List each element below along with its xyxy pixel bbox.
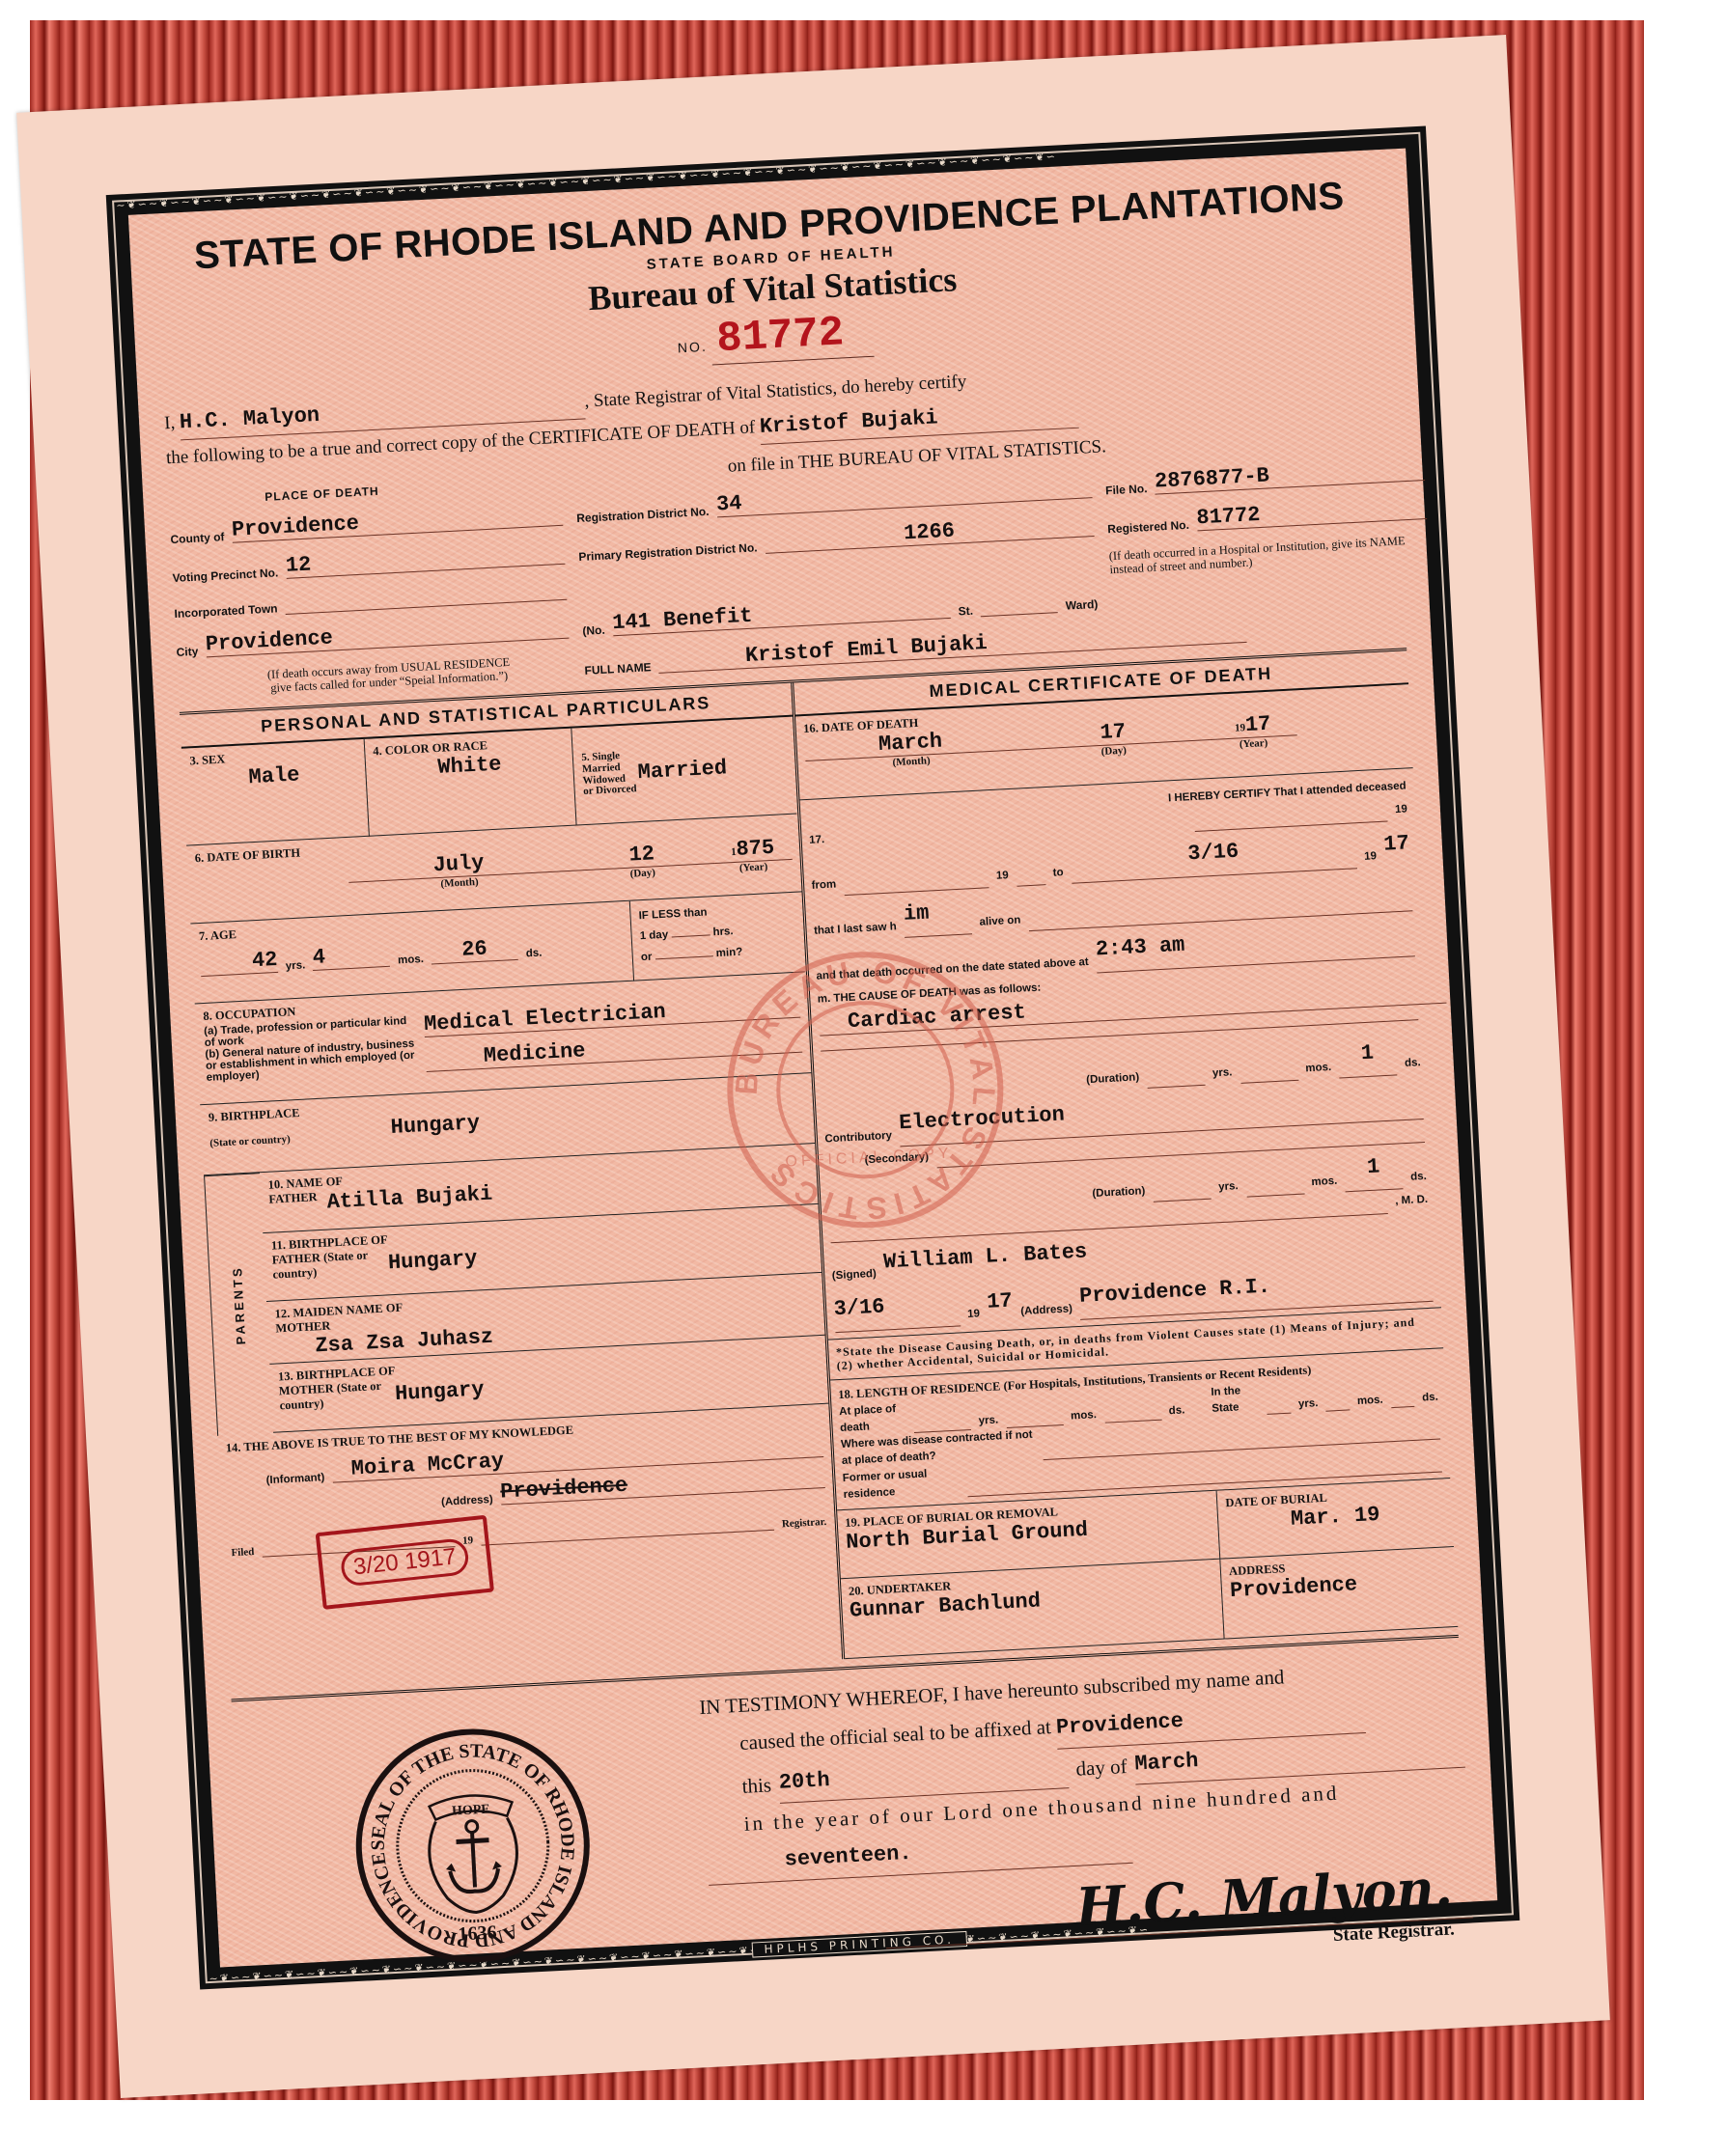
father-birthplace-field: Hungary — [387, 1229, 812, 1275]
svg-text:1636: 1636 — [458, 1922, 497, 1946]
hospital-note: (If death occurred in a Hospital or Inst… — [1108, 533, 1431, 610]
age-years-field: 42 — [200, 947, 278, 976]
personal-particulars-section: PERSONAL AND STATISTICAL PARTICULARS 3. … — [180, 682, 845, 1691]
filed-stamp: 3/20 1917 — [316, 1514, 494, 1609]
ornamental-border: ∼❦∽∼❦∽∼❦∽∼❦∽∼❦∽∼❦∽∼❦∽∼❦∽∼❦∽∼❦∽∼❦∽∼❦∽∼❦∽∼… — [106, 125, 1520, 1989]
testimony-text: IN TESTIMONY WHEREOF, I have hereunto su… — [698, 1649, 1469, 1886]
voting-precinct-field: 12 — [285, 539, 566, 579]
mother-birthplace-field: Hungary — [395, 1360, 820, 1406]
age-months-field: 4 — [312, 941, 390, 970]
duration-days-field: 1 — [1337, 1030, 1397, 1078]
filed-date: 3/20 1917 — [339, 1537, 470, 1588]
birthplace-field: Hungary — [390, 1111, 481, 1140]
place-of-death-label: PLACE OF DEATH — [265, 482, 379, 506]
dod-year-field: 17 — [1244, 711, 1271, 736]
father-name-field: Atilla Bujaki — [326, 1165, 809, 1214]
certificate-number: 81772 — [710, 308, 874, 366]
age-days-field: 26 — [431, 934, 518, 964]
city-field: Providence — [205, 613, 570, 657]
medical-certificate-section: MEDICAL CERTIFICATE OF DEATH 16. DATE OF… — [794, 650, 1459, 1659]
certificate-paper: ∼❦∽∼❦∽∼❦∽∼❦∽∼❦∽∼❦∽∼❦∽∼❦∽∼❦∽∼❦∽∼❦∽∼❦∽∼❦∽∼… — [16, 35, 1610, 2098]
incorporated-town-field — [285, 577, 568, 614]
residence-note: (If death occurs away from USUAL RESIDEN… — [178, 651, 571, 700]
signed-date-field: 3/16 — [833, 1281, 961, 1333]
county-field: Providence — [231, 501, 563, 543]
state-seal: SEAL OF THE STATE OF RHODE ISLAND AND PR… — [232, 1689, 713, 2004]
primary-registration-field: 1266 — [765, 511, 1095, 554]
certificate-sheet: STATE OF RHODE ISLAND AND PROVIDENCE PLA… — [128, 149, 1497, 1968]
marital-status-field: Married — [637, 756, 728, 785]
file-number-field: 2876877-B — [1154, 456, 1425, 495]
testimony-section: SEAL OF THE STATE OF RHODE ISLAND AND PR… — [231, 1635, 1474, 2004]
anchor-seal-icon: SEAL OF THE STATE OF RHODE ISLAND AND PR… — [346, 1720, 599, 1974]
dob-year-field: 875 — [736, 835, 775, 861]
duration2-days-field: 1 — [1344, 1145, 1404, 1193]
svg-text:HOPE: HOPE — [452, 1803, 490, 1819]
registered-number-field: 81772 — [1196, 494, 1427, 531]
street-field: 141 Benefit — [612, 594, 951, 636]
last-saw-pronoun: im — [903, 889, 972, 938]
parents-block: PARENTS 10. NAME OF FATHER Atilla Bujaki… — [204, 1144, 828, 1436]
number-label: NO. — [677, 339, 708, 356]
certificate-body: PERSONAL AND STATISTICAL PARTICULARS 3. … — [180, 648, 1458, 1692]
